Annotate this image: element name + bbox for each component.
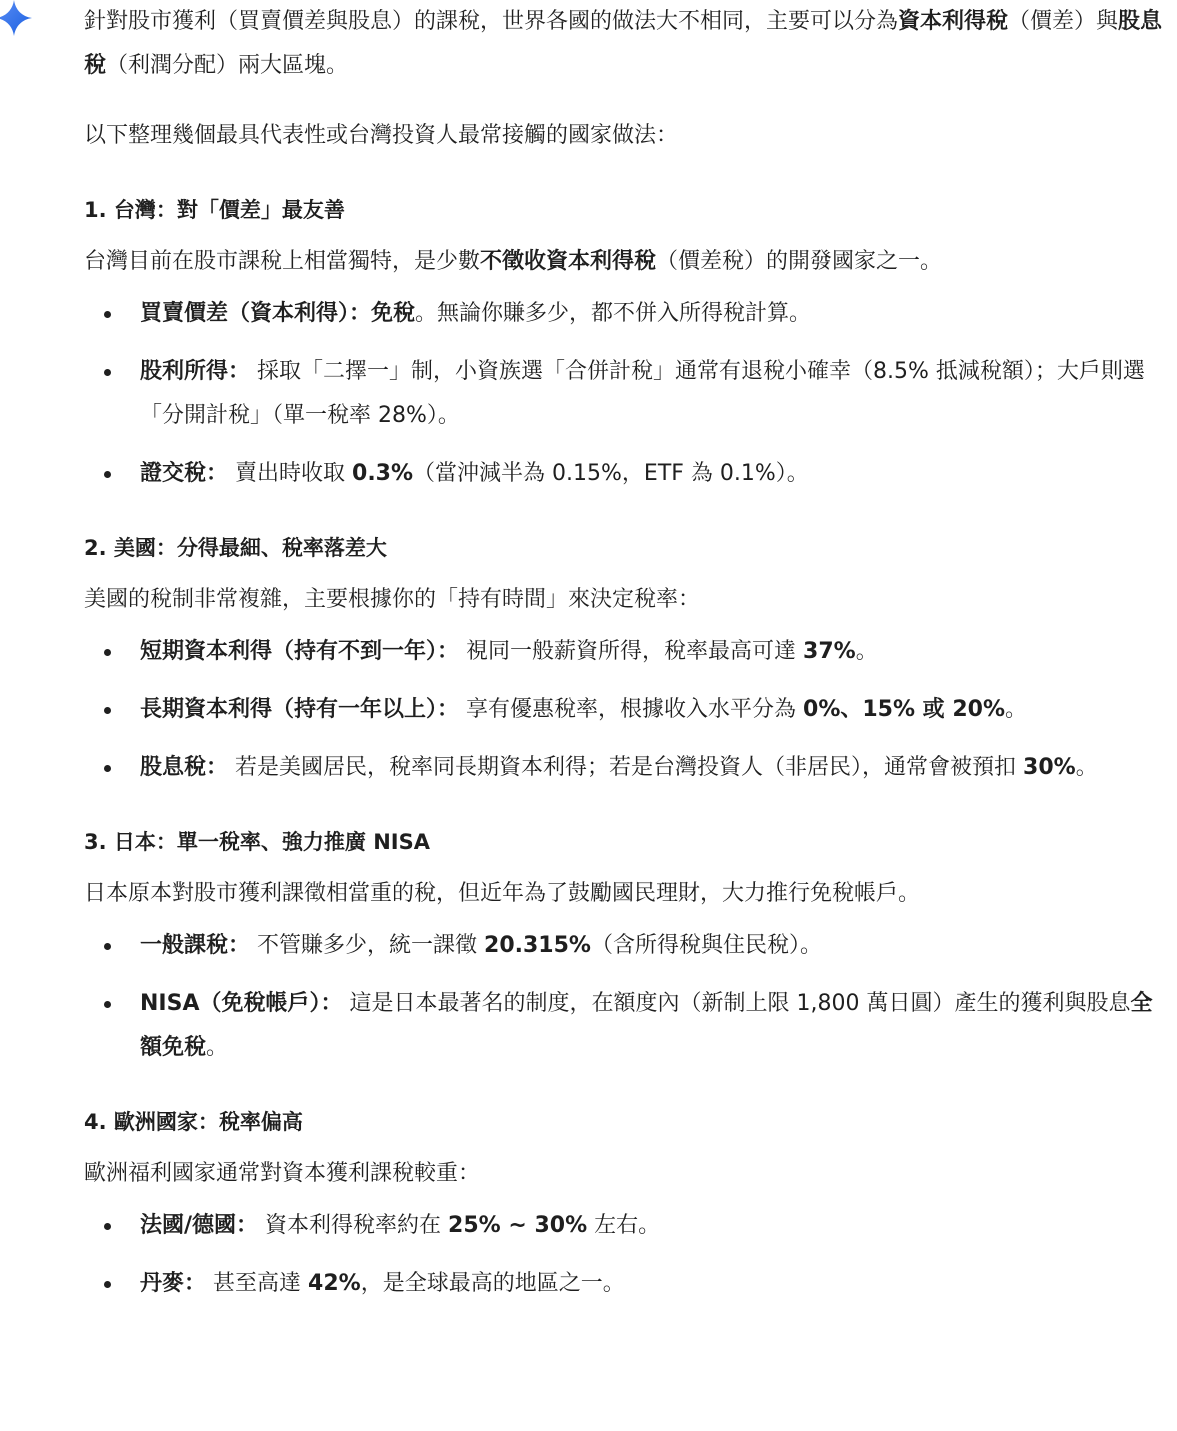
bold-text: 股利所得： <box>140 359 250 384</box>
text: 。 <box>1005 697 1027 722</box>
bold-text: 股息稅： <box>140 755 228 780</box>
bold-text: 0%、15% 或 20% <box>803 697 1005 722</box>
bold-text: NISA（免稅帳戶）： <box>140 991 342 1016</box>
list-item: 一般課稅： 不管賺多少，統一課徵 20.315%（含所得稅與住民稅）。 <box>84 924 1169 968</box>
gemini-spark-icon <box>0 0 34 38</box>
bold-text: 37% <box>803 639 856 664</box>
bold-text: 證交稅： <box>140 461 228 486</box>
bold-text: 資本利得稅 <box>898 9 1008 34</box>
text: 台灣目前在股市課稅上相當獨特，是少數 <box>84 249 480 274</box>
response-body: 針對股市獲利（買賣價差與股息）的課稅，世界各國的做法大不相同，主要可以分為資本利… <box>84 0 1169 1320</box>
text: 歐洲福利國家通常對資本獲利課稅較重： <box>84 1161 480 1186</box>
text: 。 <box>206 1035 228 1060</box>
list-item: 丹麥： 甚至高達 42%，是全球最高的地區之一。 <box>84 1262 1169 1306</box>
text: （當沖減半為 0.15%，ETF 為 0.1%）。 <box>413 461 809 486</box>
lead-paragraph: 以下整理幾個最具代表性或台灣投資人最常接觸的國家做法： <box>84 114 1169 158</box>
list-item: 證交稅： 賣出時收取 0.3%（當沖減半為 0.15%，ETF 為 0.1%）。 <box>84 452 1169 496</box>
text: 左右。 <box>587 1213 660 1238</box>
text: 甚至高達 <box>206 1271 308 1296</box>
section-heading: 4. 歐洲國家：稅率偏高 <box>84 1104 1169 1140</box>
bold-text: 丹麥： <box>140 1271 206 1296</box>
list-item: 買賣價差（資本利得）：免稅。無論你賺多少，都不併入所得稅計算。 <box>84 292 1169 336</box>
text: 日本原本對股市獲利課徵相當重的稅，但近年為了鼓勵國民理財，大力推行免稅帳戶。 <box>84 881 920 906</box>
bold-text: 25% ~ 30% <box>448 1213 587 1238</box>
text: 。 <box>856 639 878 664</box>
bold-text: 短期資本利得（持有不到一年）： <box>140 639 459 664</box>
bold-text: 買賣價差（資本利得）：免稅 <box>140 301 415 326</box>
bold-text: 20.315% <box>484 933 591 958</box>
text: 資本利得稅率約在 <box>258 1213 448 1238</box>
list-item: NISA（免稅帳戶）： 這是日本最著名的制度，在額度內（新制上限 1,800 萬… <box>84 982 1169 1070</box>
text: 賣出時收取 <box>228 461 352 486</box>
list-item: 法國/德國： 資本利得稅率約在 25% ~ 30% 左右。 <box>84 1204 1169 1248</box>
text: 採取「二擇一」制，小資族選「合併計稅」通常有退稅小確幸（8.5% 抵減稅額）；大… <box>140 359 1145 428</box>
bold-text: 一般課稅： <box>140 933 250 958</box>
section-summary: 台灣目前在股市課稅上相當獨特，是少數不徵收資本利得稅（價差稅）的開發國家之一。 <box>84 242 1169 282</box>
text: 。無論你賺多少，都不併入所得稅計算。 <box>415 301 811 326</box>
text: 若是美國居民，稅率同長期資本利得；若是台灣投資人（非居民），通常會被預扣 <box>228 755 1023 780</box>
section-summary: 美國的稅制非常複雜，主要根據你的「持有時間」來決定稅率： <box>84 580 1169 620</box>
text: （價差稅）的開發國家之一。 <box>656 249 942 274</box>
bold-text: 42% <box>308 1271 361 1296</box>
bold-text: 不徵收資本利得稅 <box>480 249 656 274</box>
bold-text: 0.3% <box>352 461 413 486</box>
list-item: 股利所得： 採取「二擇一」制，小資族選「合併計稅」通常有退稅小確幸（8.5% 抵… <box>84 350 1169 438</box>
text: 享有優惠稅率，根據收入水平分為 <box>459 697 803 722</box>
section-heading: 1. 台灣：對「價差」最友善 <box>84 192 1169 228</box>
bold-text: 法國/德國： <box>140 1213 258 1238</box>
text: 視同一般薪資所得，稅率最高可達 <box>459 639 803 664</box>
bullet-list: 一般課稅： 不管賺多少，統一課徵 20.315%（含所得稅與住民稅）。NISA（… <box>84 924 1169 1070</box>
bold-text: 長期資本利得（持有一年以上）： <box>140 697 459 722</box>
text: 這是日本最著名的制度，在額度內（新制上限 1,800 萬日圓）產生的獲利與股息 <box>342 991 1130 1016</box>
list-item: 股息稅： 若是美國居民，稅率同長期資本利得；若是台灣投資人（非居民），通常會被預… <box>84 746 1169 790</box>
sections-container: 1. 台灣：對「價差」最友善台灣目前在股市課稅上相當獨特，是少數不徵收資本利得稅… <box>84 192 1169 1306</box>
intro-paragraph: 針對股市獲利（買賣價差與股息）的課稅，世界各國的做法大不相同，主要可以分為資本利… <box>84 0 1169 88</box>
bullet-list: 短期資本利得（持有不到一年）： 視同一般薪資所得，稅率最高可達 37%。長期資本… <box>84 630 1169 790</box>
bullet-list: 法國/德國： 資本利得稅率約在 25% ~ 30% 左右。丹麥： 甚至高達 42… <box>84 1204 1169 1306</box>
text: （價差）與 <box>1008 9 1118 34</box>
text: 針對股市獲利（買賣價差與股息）的課稅，世界各國的做法大不相同，主要可以分為 <box>84 9 898 34</box>
text: （利潤分配）兩大區塊。 <box>106 53 348 78</box>
text: （含所得稅與住民稅）。 <box>591 933 822 958</box>
section-heading: 2. 美國：分得最細、稅率落差大 <box>84 530 1169 566</box>
text: 不管賺多少，統一課徵 <box>250 933 484 958</box>
section-heading: 3. 日本：單一稅率、強力推廣 NISA <box>84 824 1169 860</box>
bold-text: 30% <box>1023 755 1076 780</box>
list-item: 短期資本利得（持有不到一年）： 視同一般薪資所得，稅率最高可達 37%。 <box>84 630 1169 674</box>
section-summary: 日本原本對股市獲利課徵相當重的稅，但近年為了鼓勵國民理財，大力推行免稅帳戶。 <box>84 874 1169 914</box>
bullet-list: 買賣價差（資本利得）：免稅。無論你賺多少，都不併入所得稅計算。股利所得： 採取「… <box>84 292 1169 496</box>
text: ，是全球最高的地區之一。 <box>361 1271 625 1296</box>
text: 。 <box>1076 755 1098 780</box>
section-summary: 歐洲福利國家通常對資本獲利課稅較重： <box>84 1154 1169 1194</box>
text: 美國的稅制非常複雜，主要根據你的「持有時間」來決定稅率： <box>84 587 700 612</box>
list-item: 長期資本利得（持有一年以上）： 享有優惠稅率，根據收入水平分為 0%、15% 或… <box>84 688 1169 732</box>
